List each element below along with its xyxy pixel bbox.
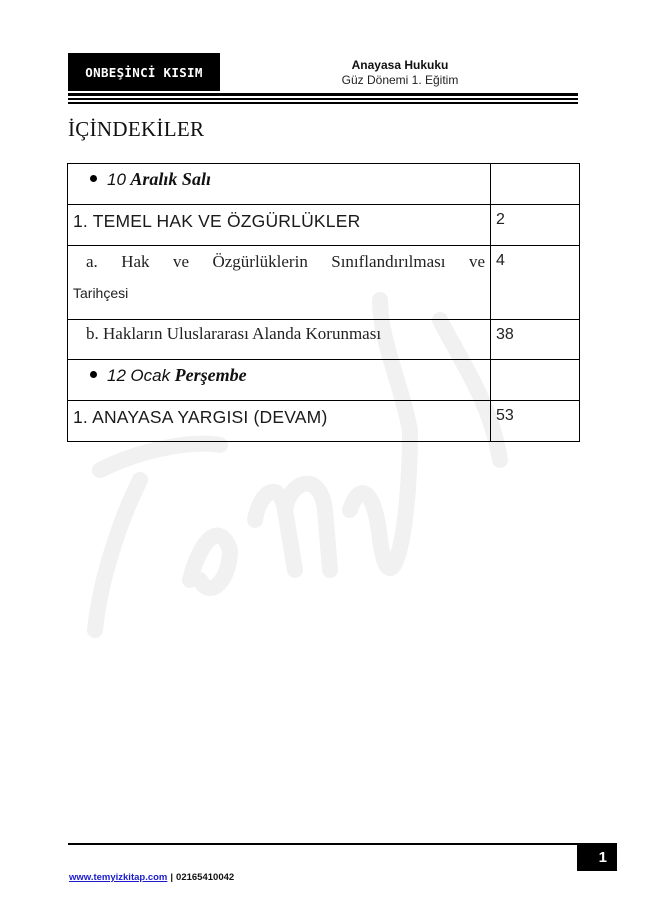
toc-row-main: 1. TEMEL HAK VE ÖZGÜRLÜKLER 2: [68, 205, 580, 246]
header-rule: [68, 93, 578, 96]
footer-contact: www.temyizkitap.com|02165410042: [69, 872, 234, 883]
toc-entry[interactable]: b. Hakların Uluslararası Alanda Korunmas…: [68, 320, 491, 360]
bullet-icon: [90, 371, 97, 378]
toc-page-number: [491, 164, 580, 205]
toc-page-number: 4: [491, 246, 580, 320]
toc-page-number: 38: [491, 320, 580, 360]
toc-page-number: [491, 360, 580, 401]
toc-row-date: 10 Aralık Salı: [68, 164, 580, 205]
toc-row-sub: b. Hakların Uluslararası Alanda Korunmas…: [68, 320, 580, 360]
course-title: Anayasa Hukuku: [300, 58, 500, 73]
section-label: ONBEŞİNCİ KISIM: [68, 53, 220, 91]
toc-entry[interactable]: 1. TEMEL HAK VE ÖZGÜRLÜKLER: [68, 205, 491, 246]
toc-table: 10 Aralık Salı 1. TEMEL HAK VE ÖZGÜRLÜKL…: [67, 163, 580, 442]
toc-entry[interactable]: a. Hak ve Özgürlüklerin Sınıflandırılmas…: [68, 246, 491, 320]
toc-page-number: 53: [491, 401, 580, 442]
header-rule: [68, 102, 578, 104]
course-subtitle: Güz Dönemi 1. Eğitim: [300, 73, 500, 88]
toc-page-number: 2: [491, 205, 580, 246]
footer-separator: |: [170, 872, 173, 883]
bullet-icon: [90, 175, 97, 182]
toc-row-sub: a. Hak ve Özgürlüklerin Sınıflandırılmas…: [68, 246, 580, 320]
page-number: 1: [577, 843, 617, 871]
toc-entry[interactable]: 1. ANAYASA YARGISI (DEVAM): [68, 401, 491, 442]
toc-row-main: 1. ANAYASA YARGISI (DEVAM) 53: [68, 401, 580, 442]
header-rule: [68, 98, 578, 100]
toc-title: İÇİNDEKİLER: [68, 117, 204, 142]
toc-row-date: 12 Ocak Perşembe: [68, 360, 580, 401]
phone-number: 02165410042: [176, 872, 234, 883]
toc-entry[interactable]: 12 Ocak Perşembe: [68, 360, 491, 401]
website-link[interactable]: www.temyizkitap.com: [69, 872, 167, 883]
toc-entry[interactable]: 10 Aralık Salı: [68, 164, 491, 205]
course-header: Anayasa Hukuku Güz Dönemi 1. Eğitim: [300, 58, 500, 88]
footer-rule: [68, 843, 578, 845]
